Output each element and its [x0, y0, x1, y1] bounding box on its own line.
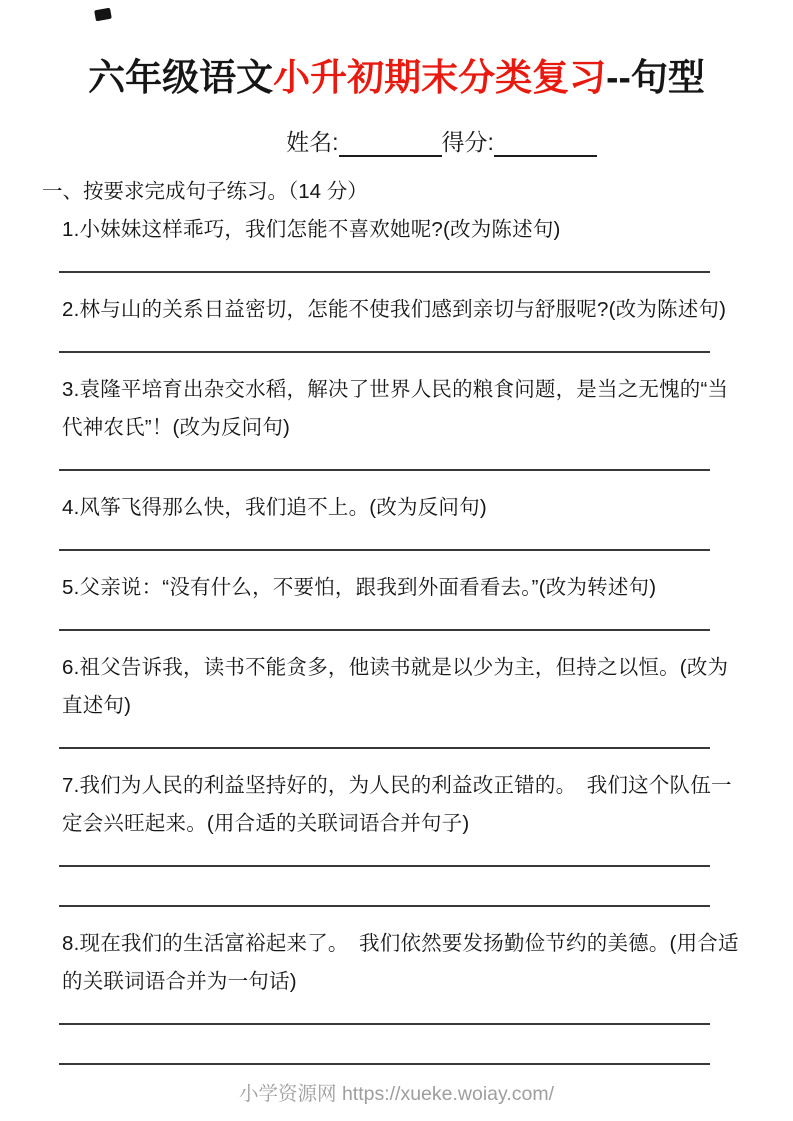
answer-line: [59, 271, 710, 273]
question-block: 6.祖父告诉我，读书不能贪多，他读书就是以少为主，但持之以恒。(改为直述句): [0, 649, 793, 749]
answer-line: [59, 469, 710, 471]
footer-site-label: 小学资源网: [239, 1083, 337, 1105]
answer-lines: [0, 865, 793, 907]
answer-line: [59, 1023, 710, 1025]
answer-lines: [0, 629, 793, 631]
question-text: 7.我们为人民的利益坚持好的，为人民的利益改正错的。 我们这个队伍一定会兴旺起来…: [62, 767, 746, 843]
answer-line: [59, 905, 710, 907]
answer-line: [59, 1063, 710, 1065]
worksheet-page: 六年级语文小升初期末分类复习--句型 姓名:得分: 一、按要求完成句子练习。（1…: [0, 0, 793, 1121]
answer-lines: [0, 549, 793, 551]
answer-line: [59, 865, 710, 867]
question-text: 8.现在我们的生活富裕起来了。 我们依然要发扬勤俭节约的美德。(用合适的关联词语…: [62, 925, 746, 1001]
question-text: 4.风筝飞得那么快，我们追不上。(改为反问句): [62, 489, 746, 527]
title-topic-segment: --句型: [606, 57, 705, 98]
question-list: 1.小妹妹这样乖巧，我们怎能不喜欢她呢?(改为陈述句) 2.林与山的关系日益密切…: [0, 211, 793, 1065]
page-title: 六年级语文小升初期末分类复习--句型: [0, 0, 793, 101]
question-text: 6.祖父告诉我，读书不能贪多，他读书就是以少为主，但持之以恒。(改为直述句): [62, 649, 746, 725]
answer-lines: [0, 351, 793, 353]
answer-lines: [0, 271, 793, 273]
answer-lines: [0, 747, 793, 749]
section-heading: 一、按要求完成句子练习。（14 分）: [42, 173, 793, 211]
question-block: 8.现在我们的生活富裕起来了。 我们依然要发扬勤俭节约的美德。(用合适的关联词语…: [0, 925, 793, 1065]
question-text: 5.父亲说：“没有什么，不要怕，跟我到外面看看去。”(改为转述句): [62, 569, 746, 607]
answer-lines: [0, 469, 793, 471]
question-text: 3.袁隆平培育出杂交水稻，解决了世界人民的粮食问题，是当之无愧的“当代神农氏”！…: [62, 371, 746, 447]
question-block: 1.小妹妹这样乖巧，我们怎能不喜欢她呢?(改为陈述句): [0, 211, 793, 273]
question-block: 2.林与山的关系日益密切，怎能不使我们感到亲切与舒服呢?(改为陈述句): [0, 291, 793, 353]
answer-line: [59, 549, 710, 551]
answer-line: [59, 351, 710, 353]
score-label: 得分:: [442, 129, 494, 155]
answer-lines: [0, 1023, 793, 1065]
score-blank-line: [494, 133, 597, 157]
footer-url-link[interactable]: https://xueke.woiay.com/: [342, 1083, 554, 1105]
answer-line: [59, 629, 710, 631]
name-blank-line: [339, 133, 442, 157]
title-highlight-segment: 小升初期末分类复习: [273, 57, 606, 98]
name-label: 姓名:: [286, 129, 338, 155]
footer: 小学资源网 https://xueke.woiay.com/: [0, 1081, 793, 1107]
question-block: 5.父亲说：“没有什么，不要怕，跟我到外面看看去。”(改为转述句): [0, 569, 793, 631]
name-score-row: 姓名:得分:: [0, 127, 793, 157]
question-block: 7.我们为人民的利益坚持好的，为人民的利益改正错的。 我们这个队伍一定会兴旺起来…: [0, 767, 793, 907]
title-grade-segment: 六年级语文: [88, 57, 273, 98]
question-text: 1.小妹妹这样乖巧，我们怎能不喜欢她呢?(改为陈述句): [62, 211, 746, 249]
answer-line: [59, 747, 710, 749]
question-block: 3.袁隆平培育出杂交水稻，解决了世界人民的粮食问题，是当之无愧的“当代神农氏”！…: [0, 371, 793, 471]
question-text: 2.林与山的关系日益密切，怎能不使我们感到亲切与舒服呢?(改为陈述句): [62, 291, 746, 329]
question-block: 4.风筝飞得那么快，我们追不上。(改为反问句): [0, 489, 793, 551]
